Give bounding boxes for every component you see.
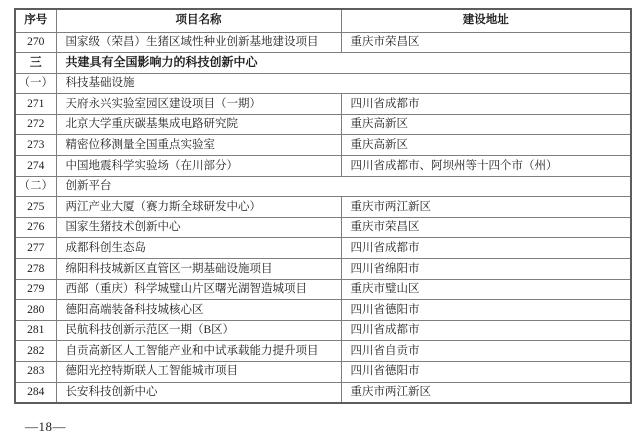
cell-index: 281 <box>15 320 56 341</box>
cell-project-name: 西部（重庆）科学城璧山片区曙光湖智造城项目 <box>56 279 341 300</box>
cell-address: 重庆市荣昌区 <box>341 32 631 53</box>
cell-index: 270 <box>15 32 56 53</box>
cell-index: 275 <box>15 197 56 218</box>
table-header-row: 序号 项目名称 建设地址 <box>15 9 631 32</box>
cell-index: （二） <box>15 176 56 197</box>
cell-project-name: 德阳高端装备科技城核心区 <box>56 300 341 321</box>
cell-index: 273 <box>15 135 56 156</box>
cell-index: 272 <box>15 114 56 135</box>
cell-project-name: 国家级（荣昌）生猪区域性种业创新基地建设项目 <box>56 32 341 53</box>
cell-section-title: 科技基础设施 <box>56 73 631 94</box>
cell-address: 四川省成都市 <box>341 320 631 341</box>
table-row: 281民航科技创新示范区一期（B区）四川省成都市 <box>15 320 631 341</box>
cell-address: 四川省德阳市 <box>341 362 631 383</box>
cell-project-name: 两江产业大厦（赛力斯全球研发中心） <box>56 197 341 218</box>
cell-project-name: 绵阳科技城新区直管区一期基础设施项目 <box>56 259 341 280</box>
cell-address: 四川省成都市 <box>341 94 631 115</box>
cell-index: 271 <box>15 94 56 115</box>
table-row: 270国家级（荣昌）生猪区域性种业创新基地建设项目重庆市荣昌区 <box>15 32 631 53</box>
cell-project-name: 国家生猪技术创新中心 <box>56 217 341 238</box>
table-row: 272北京大学重庆碳基集成电路研究院重庆高新区 <box>15 114 631 135</box>
cell-project-name: 北京大学重庆碳基集成电路研究院 <box>56 114 341 135</box>
cell-project-name: 民航科技创新示范区一期（B区） <box>56 320 341 341</box>
table-row: 271天府永兴实验室园区建设项目（一期）四川省成都市 <box>15 94 631 115</box>
cell-index: （一） <box>15 73 56 94</box>
table-row: 283德阳光控特斯联人工智能城市项目四川省德阳市 <box>15 362 631 383</box>
cell-address: 四川省绵阳市 <box>341 259 631 280</box>
page-number: —18— <box>25 419 66 435</box>
cell-address: 重庆市两江新区 <box>341 382 631 403</box>
cell-address: 四川省成都市 <box>341 238 631 259</box>
cell-project-name: 自贡高新区人工智能产业和中试承载能力提升项目 <box>56 341 341 362</box>
cell-address: 重庆市两江新区 <box>341 197 631 218</box>
column-header-index: 序号 <box>15 9 56 32</box>
table-row: 275两江产业大厦（赛力斯全球研发中心）重庆市两江新区 <box>15 197 631 218</box>
table-row: 279西部（重庆）科学城璧山片区曙光湖智造城项目重庆市璧山区 <box>15 279 631 300</box>
section-row: （一）科技基础设施 <box>15 73 631 94</box>
table-row: 274中国地震科学实验场（在川部分）四川省成都市、阿坝州等十四个市（州） <box>15 156 631 177</box>
table-row: 282自贡高新区人工智能产业和中试承载能力提升项目四川省自贡市 <box>15 341 631 362</box>
cell-project-name: 成都科创生态岛 <box>56 238 341 259</box>
cell-project-name: 中国地震科学实验场（在川部分） <box>56 156 341 177</box>
cell-index: 280 <box>15 300 56 321</box>
table-row: 276国家生猪技术创新中心重庆市荣昌区 <box>15 217 631 238</box>
cell-index: 278 <box>15 259 56 280</box>
cell-address: 四川省成都市、阿坝州等十四个市（州） <box>341 156 631 177</box>
cell-address: 重庆市荣昌区 <box>341 217 631 238</box>
cell-index: 277 <box>15 238 56 259</box>
cell-section-title: 共建具有全国影响力的科技创新中心 <box>56 53 631 74</box>
table-row: 273精密位移测量全国重点实验室重庆高新区 <box>15 135 631 156</box>
table-row: 284长安科技创新中心重庆市两江新区 <box>15 382 631 403</box>
cell-index: 279 <box>15 279 56 300</box>
cell-address: 四川省自贡市 <box>341 341 631 362</box>
section-row: （二）创新平台 <box>15 176 631 197</box>
cell-address: 四川省德阳市 <box>341 300 631 321</box>
cell-project-name: 天府永兴实验室园区建设项目（一期） <box>56 94 341 115</box>
table-row: 277成都科创生态岛四川省成都市 <box>15 238 631 259</box>
table-row: 280德阳高端装备科技城核心区四川省德阳市 <box>15 300 631 321</box>
cell-address: 重庆市璧山区 <box>341 279 631 300</box>
table-row: 278绵阳科技城新区直管区一期基础设施项目四川省绵阳市 <box>15 259 631 280</box>
cell-index: 283 <box>15 362 56 383</box>
column-header-project-name: 项目名称 <box>56 9 341 32</box>
cell-section-title: 创新平台 <box>56 176 631 197</box>
cell-index: 282 <box>15 341 56 362</box>
document-page: 序号 项目名称 建设地址 270国家级（荣昌）生猪区域性种业创新基地建设项目重庆… <box>0 0 640 445</box>
column-header-address: 建设地址 <box>341 9 631 32</box>
cell-index: 276 <box>15 217 56 238</box>
section-row: 三共建具有全国影响力的科技创新中心 <box>15 53 631 74</box>
cell-project-name: 德阳光控特斯联人工智能城市项目 <box>56 362 341 383</box>
cell-address: 重庆高新区 <box>341 114 631 135</box>
project-table: 序号 项目名称 建设地址 270国家级（荣昌）生猪区域性种业创新基地建设项目重庆… <box>14 8 632 404</box>
cell-index: 284 <box>15 382 56 403</box>
cell-index: 三 <box>15 53 56 74</box>
cell-project-name: 精密位移测量全国重点实验室 <box>56 135 341 156</box>
cell-project-name: 长安科技创新中心 <box>56 382 341 403</box>
cell-index: 274 <box>15 156 56 177</box>
cell-address: 重庆高新区 <box>341 135 631 156</box>
